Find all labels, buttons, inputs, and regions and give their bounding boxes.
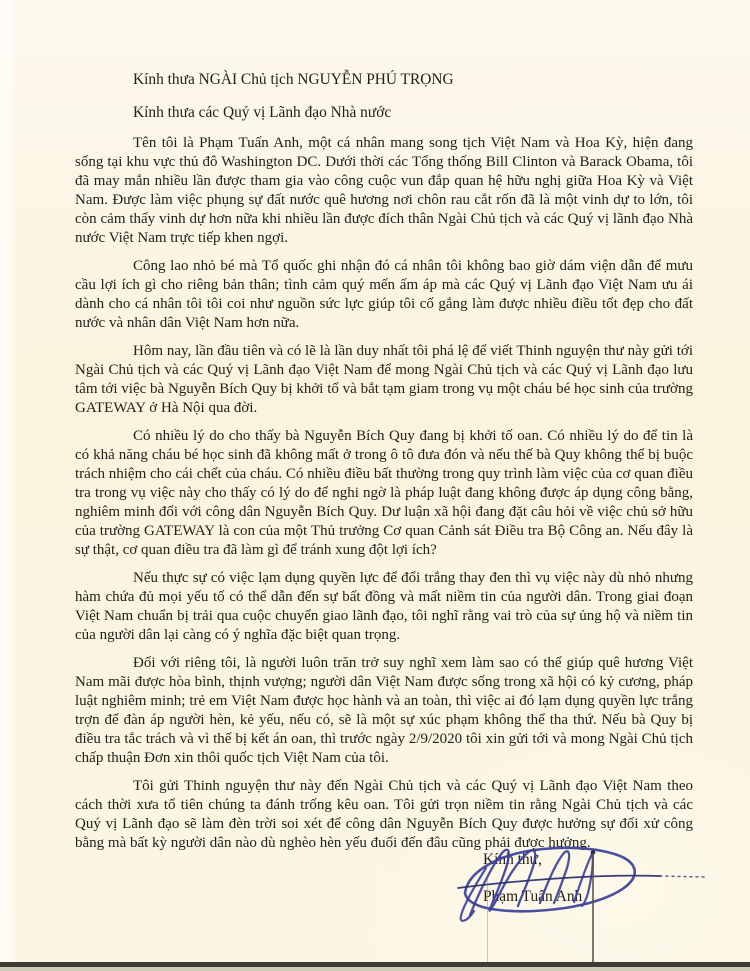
salutation-state-leaders: Kính thưa các Quý vị Lãnh đạo Nhà nước bbox=[75, 103, 693, 122]
valediction: Kính thư, bbox=[483, 850, 582, 869]
paragraph-introduction: Tên tôi là Phạm Tuấn Anh, một cá nhân ma… bbox=[75, 134, 693, 248]
paragraph-case-doubts: Có nhiều lý do cho thấy bà Nguyễn Bích Q… bbox=[75, 427, 693, 560]
scan-fold-line-faint bbox=[487, 876, 488, 965]
scan-fold-line-dark bbox=[592, 853, 594, 965]
paragraph-public-trust: Nếu thực sự có việc lạm dụng quyền lực đ… bbox=[75, 569, 693, 645]
closing-block: Kính thư, Phạm Tuấn Anh bbox=[483, 850, 582, 906]
salutation-president: Kính thưa NGÀI Chủ tịch NGUYỄN PHÚ TRỌNG bbox=[75, 70, 693, 89]
paragraph-personal-stance: Đối với riêng tôi, là người luôn trăn tr… bbox=[75, 654, 693, 768]
paragraph-petition-purpose: Hôm nay, lần đầu tiên và có lẽ là lần du… bbox=[75, 342, 693, 418]
letter-body: Kính thưa NGÀI Chủ tịch NGUYỄN PHÚ TRỌNG… bbox=[75, 70, 693, 862]
scanned-letter-page: Kính thưa NGÀI Chủ tịch NGUYỄN PHÚ TRỌNG… bbox=[0, 0, 750, 971]
paragraph-merit-disclaimer: Công lao nhỏ bé mà Tổ quốc ghi nhận đó c… bbox=[75, 257, 693, 333]
paragraph-final-appeal: Tôi gửi Thinh nguyện thư này đến Ngài Ch… bbox=[75, 777, 693, 853]
signer-name: Phạm Tuấn Anh bbox=[483, 887, 582, 906]
scanner-bottom-edge-highlight bbox=[0, 967, 750, 971]
